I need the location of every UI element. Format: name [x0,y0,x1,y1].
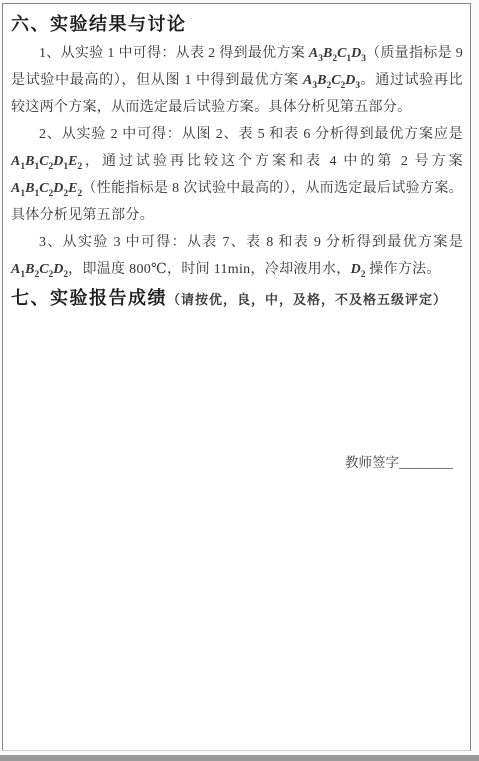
formula: A1B1C2D1E2 [11,154,82,169]
teacher-signature-row: 教师签字________ [11,454,463,472]
formula: A1B2C2D2 [11,262,68,277]
section-six-heading: 六、实验结果与讨论 [11,10,463,38]
formula: D2 [351,262,366,277]
teacher-signature-line: ________ [399,455,453,470]
section-seven-heading: 七、实验报告成绩 [11,288,167,308]
formula: A3B2C1D3 [309,46,366,61]
formula: A1B1C2D2E2 [11,181,82,196]
grading-scale-note: （请按优，良，中，及格，不及格五级评定） [167,292,447,307]
result-paragraph-experiment-2: 2、从实验 2 中可得：从图 2、表 5 和表 6 分析得到最优方案应是 A1B… [11,121,463,229]
formula: A3B2C2D3 [303,73,360,88]
section-seven-heading-row: 七、实验报告成绩（请按优，良，中，及格，不及格五级评定） [11,283,463,314]
result-paragraph-experiment-1: 1、从实验 1 中可得：从表 2 得到最优方案 A3B2C1D3（质量指标是 9… [11,40,463,121]
document-page: 六、实验结果与讨论 1、从实验 1 中可得：从表 2 得到最优方案 A3B2C1… [2,3,471,751]
result-paragraph-experiment-3: 3、从实验 3 中可得：从表 7、表 8 和表 9 分析得到最优方案是 A1B2… [11,229,463,283]
teacher-signature-label: 教师签字 [345,455,399,470]
page-bottom-edge [0,755,479,761]
